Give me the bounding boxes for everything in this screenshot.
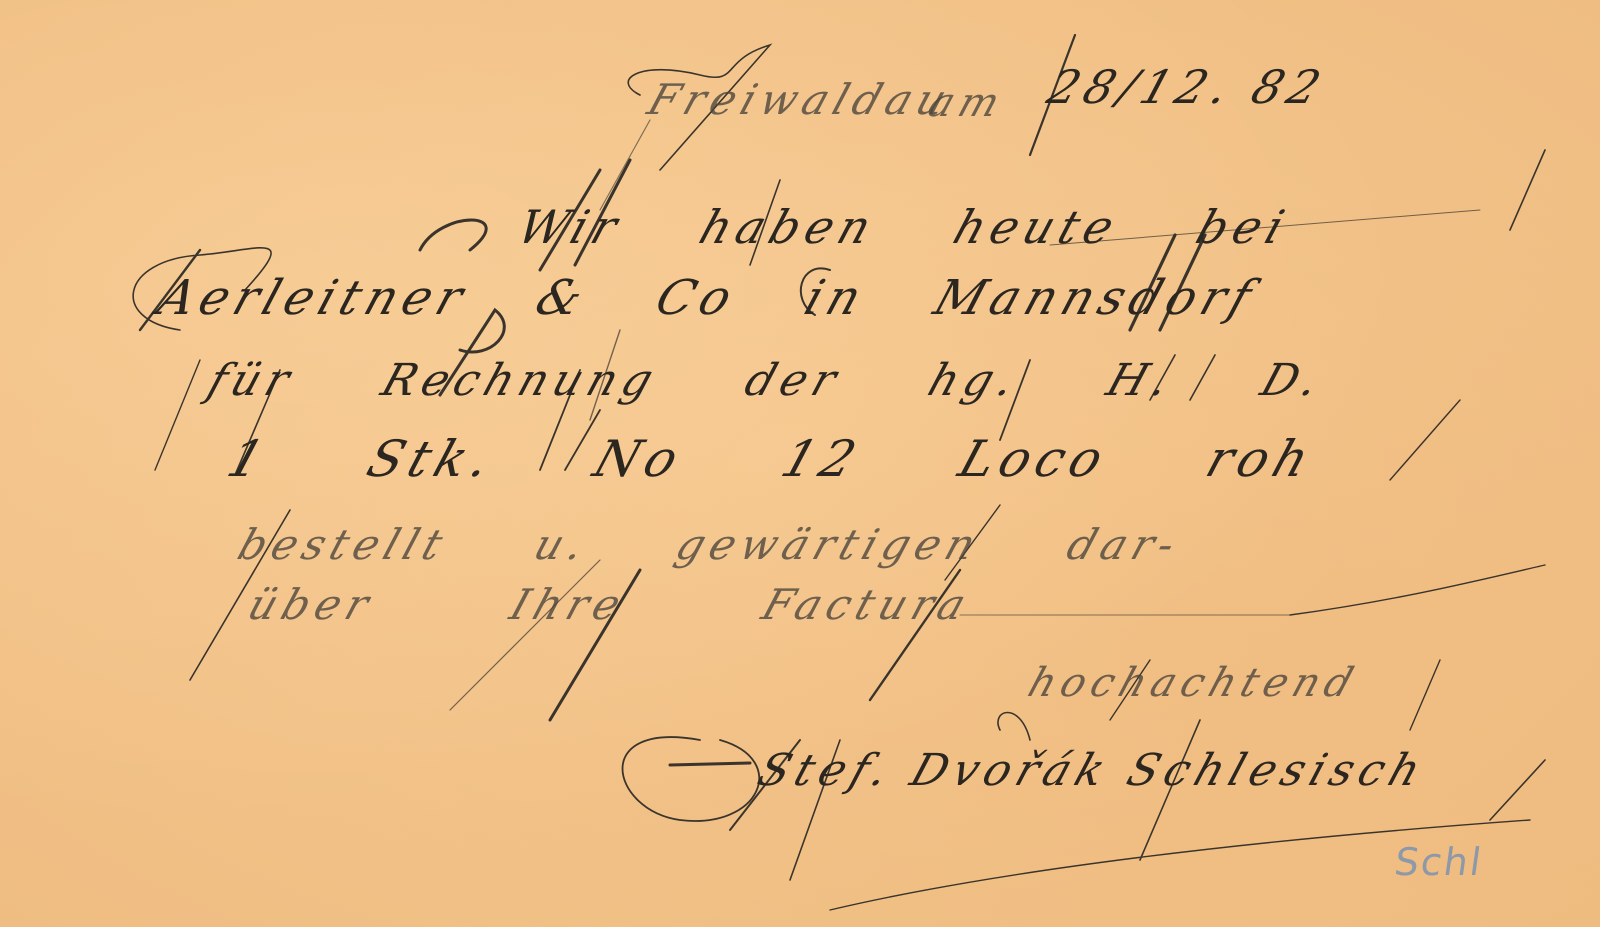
body-line-5: bestellt u. gewärtigen dar- xyxy=(232,520,1187,569)
header-date-prefix: am xyxy=(923,80,1012,126)
header-place: Freiwaldau xyxy=(642,75,959,124)
body-line-6: über Ihre Factura xyxy=(242,580,978,629)
body-line-3: für Rechnung der hg. H. D. xyxy=(202,355,1331,406)
header-date: 28/12. 82 xyxy=(1041,60,1333,114)
body-line-2: Aerleitner & Co in Mannsdorf xyxy=(151,270,1264,326)
body-line-1: Wir haben heute bei xyxy=(511,200,1296,254)
body-line-4: 1 Stk. No 12 Loco roh xyxy=(221,430,1323,488)
closing: hochachtend xyxy=(1023,660,1365,706)
pencil-annotation: Schl xyxy=(1392,840,1486,884)
signature: Stef. Dvořák Schlesisch xyxy=(752,745,1433,796)
